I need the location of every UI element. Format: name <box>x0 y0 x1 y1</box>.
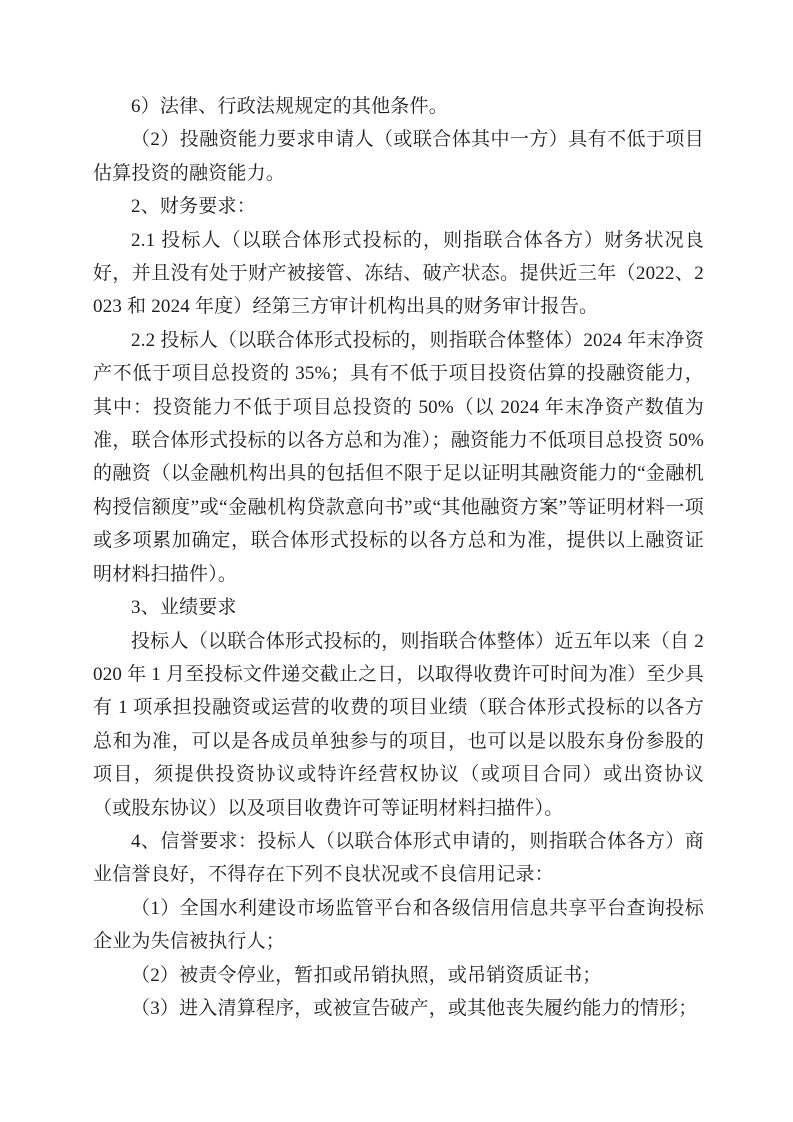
document-page: 6）法律、行政法规规定的其他条件。 （2）投融资能力要求申请人（或联合体其中一方… <box>0 0 793 1122</box>
paragraph-other-legal-conditions: 6）法律、行政法规规定的其他条件。 <box>93 90 704 123</box>
document-body: 6）法律、行政法规规定的其他条件。 （2）投融资能力要求申请人（或联合体其中一方… <box>93 90 704 1025</box>
paragraph-liquidation-bankruptcy: （3）进入清算程序，或被宣告破产，或其他丧失履约能力的情形； <box>93 992 704 1025</box>
paragraph-license-revocation: （2）被责令停业，暂扣或吊销执照，或吊销资质证书； <box>93 959 704 992</box>
paragraph-financial-status: 2.1 投标人（以联合体形式投标的，则指联合体各方）财务状况良好，并且没有处于财… <box>93 224 704 324</box>
heading-financial-requirements: 2、财务要求： <box>93 190 704 223</box>
paragraph-net-assets-and-financing: 2.2 投标人（以联合体形式投标的，则指联合体整体）2024 年末净资产不低于项… <box>93 324 704 591</box>
paragraph-performance-details: 投标人（以联合体形式投标的，则指联合体整体）近五年以来（自 2020 年 1 月… <box>93 625 704 825</box>
paragraph-dishonest-executee: （1）全国水利建设市场监管平台和各级信用信息共享平台查询投标企业为失信被执行人； <box>93 892 704 959</box>
heading-reputation-requirements: 4、信誉要求：投标人（以联合体形式申请的，则指联合体各方）商业信誉良好，不得存在… <box>93 825 704 892</box>
heading-performance-requirements: 3、业绩要求 <box>93 591 704 624</box>
paragraph-financing-capability-requirement: （2）投融资能力要求申请人（或联合体其中一方）具有不低于项目估算投资的融资能力。 <box>93 123 704 190</box>
